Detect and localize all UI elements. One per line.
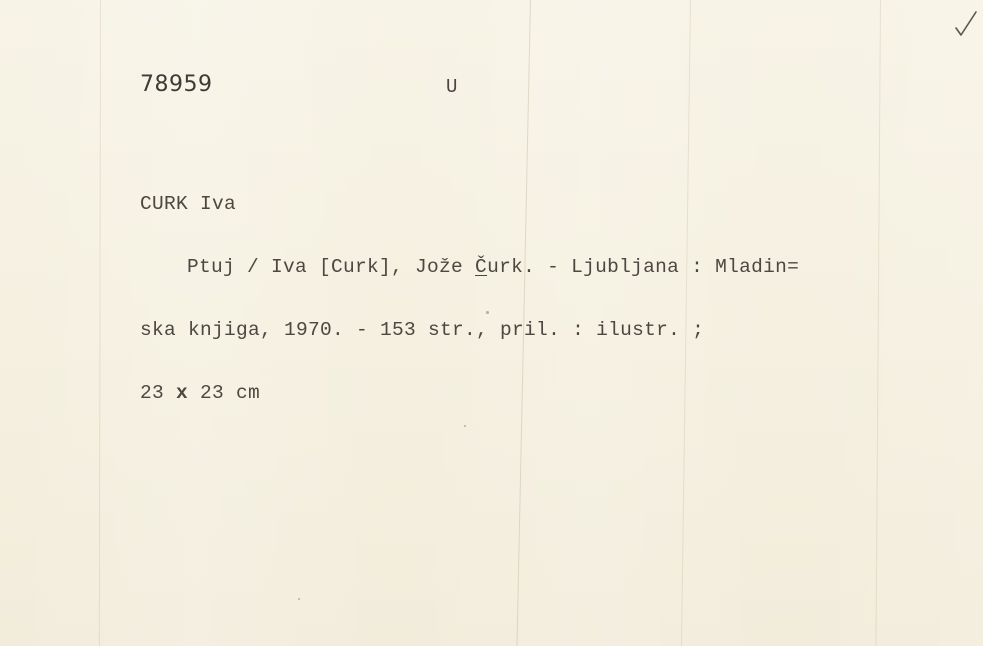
coauthor-initial: Č bbox=[475, 256, 487, 278]
catalog-card: 78959 U CURK Iva Ptuj / Iva [Curk], Jože… bbox=[0, 0, 983, 646]
title-text: Ptuj / Iva [Curk], Jože bbox=[187, 256, 475, 278]
accession-number: 78959 bbox=[140, 72, 213, 97]
coauthor-rest: urk. - Ljubljana : Mladin= bbox=[487, 256, 799, 278]
title-statement: Ptuj / Iva [Curk], Jože Čurk. - Ljubljan… bbox=[140, 257, 799, 278]
publication-statement: ska knjiga, 1970. - 153 str., pril. : il… bbox=[140, 320, 799, 341]
dimensions-statement: 23 x 23 cm bbox=[140, 383, 799, 404]
paper-fiber bbox=[99, 0, 101, 646]
heading-author: CURK Iva bbox=[140, 194, 799, 215]
paper-fiber bbox=[875, 0, 881, 646]
bibliographic-record: CURK Iva Ptuj / Iva [Curk], Jože Čurk. -… bbox=[140, 152, 799, 446]
dimension-width: 23 bbox=[140, 382, 176, 404]
dimension-separator: x bbox=[176, 382, 188, 404]
location-code: U bbox=[446, 76, 457, 98]
paper-speck bbox=[298, 598, 300, 600]
checkmark-icon bbox=[952, 8, 978, 38]
dimension-height: 23 cm bbox=[188, 382, 260, 404]
